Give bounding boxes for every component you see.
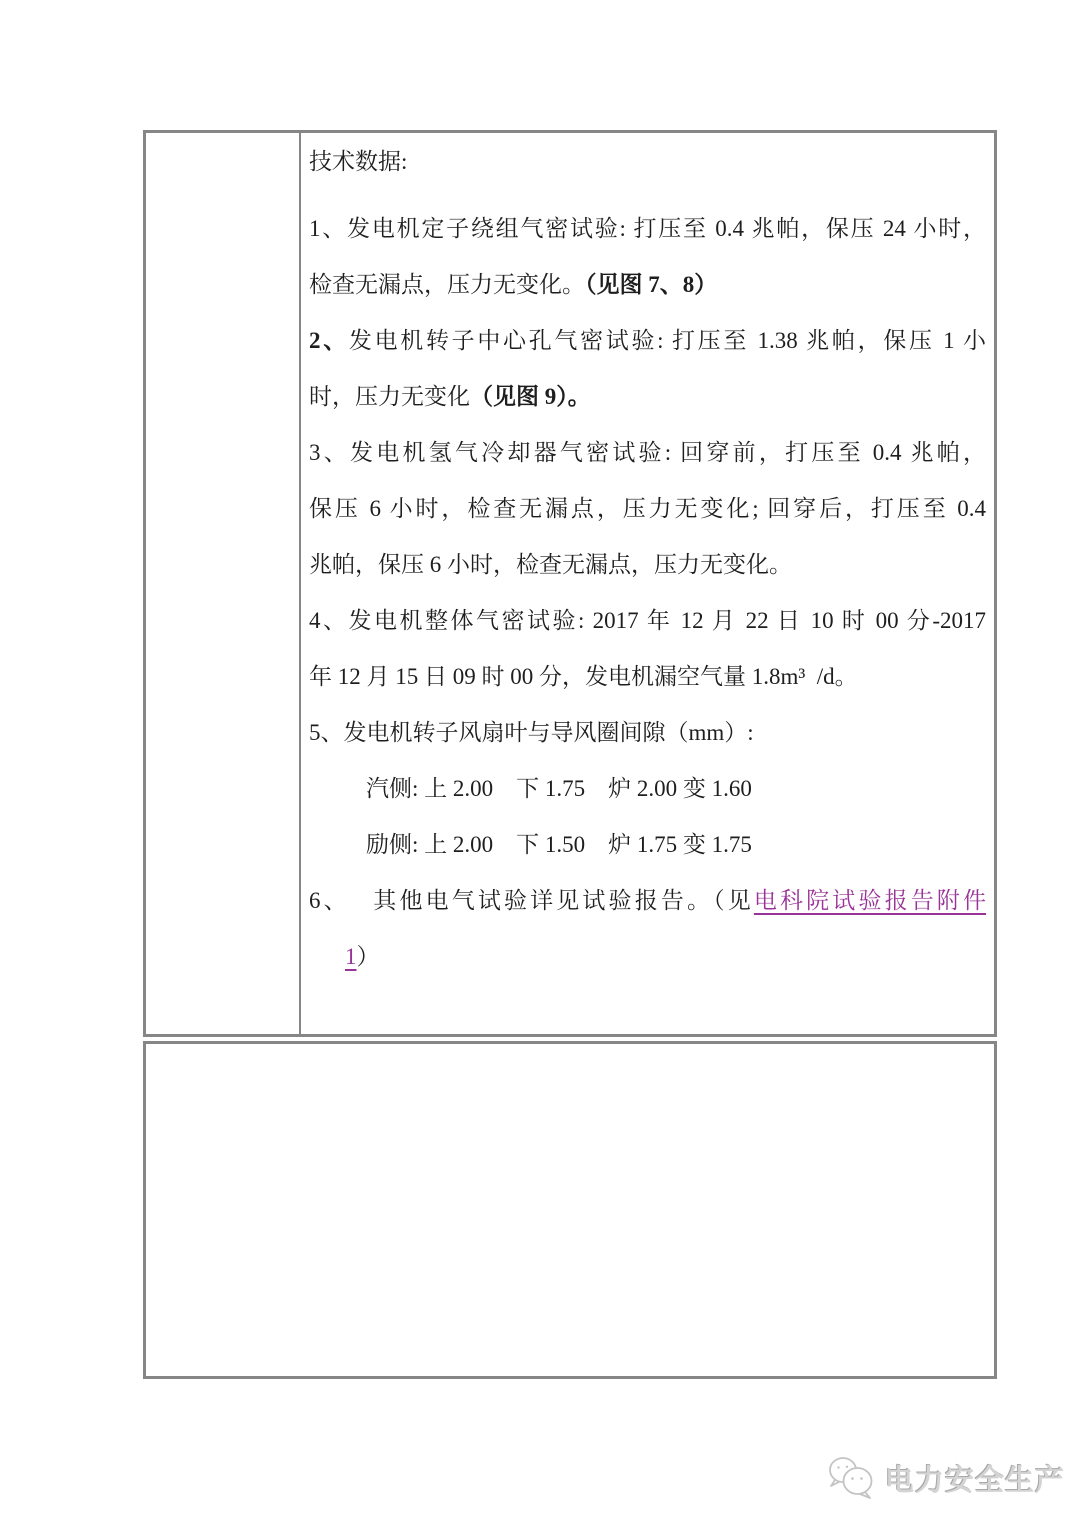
text-segment: ） [357, 944, 380, 969]
text-line: 3、发电机氢气冷却器气密试验: 回穿前，打压至 0.4 兆帕， [309, 425, 986, 481]
text-segment: 1、发电机定子绕组气密试验: 打压至 0.4 兆帕，保压 24 小时， [309, 216, 986, 241]
list-number: 2、 [309, 328, 349, 353]
text-segment: 4、发电机整体气密试验: 2017 年 12 月 22 日 10 时 00 分-… [309, 608, 986, 633]
text-line: 4、发电机整体气密试验: 2017 年 12 月 22 日 10 时 00 分-… [309, 593, 986, 649]
text-segment: 5、发电机转子风扇叶与导风圈间隙（mm）: [309, 720, 754, 745]
watermark-label: 电力安全生产 [885, 1458, 1065, 1499]
text-segment: 发电机转子中心孔气密试验: 打压至 1.38 兆帕，保压 1 小 [349, 328, 986, 353]
text-segment: 保压 6 小时，检查无漏点，压力无变化; 回穿后，打压至 0.4 [309, 496, 986, 521]
text-segment: 技术数据: [309, 149, 407, 174]
text-line: 2、发电机转子中心孔气密试验: 打压至 1.38 兆帕，保压 1 小 [309, 313, 986, 369]
text-line: 时，压力无变化（见图 9）。 [309, 369, 986, 425]
text-line-exciter-side: 励侧: 上 2.00 下 1.50 炉 1.75 变 1.75 [309, 817, 986, 873]
text-line: 检查无漏点，压力无变化。（见图 7、8） [309, 257, 986, 313]
text-segment: 6、 其他电气试验详见试验报告。（见 [309, 888, 754, 913]
text-segment: 励侧: 上 2.00 下 1.50 炉 1.75 变 1.75 [366, 832, 752, 857]
text-line: 1） [309, 929, 986, 985]
table-cell-label [146, 133, 301, 1034]
text-segment: 年 12 月 15 日 09 时 00 分，发电机漏空气量 1.8m³ /d。 [309, 664, 858, 689]
watermark: 电力安全生产 [826, 1450, 1065, 1506]
figure-reference: （见图 9）。 [470, 384, 591, 409]
text-line: 5、发电机转子风扇叶与导风圈间隙（mm）: [309, 705, 986, 761]
chat-bubbles-icon [826, 1453, 878, 1503]
text-segment: 检查无漏点，压力无变化。 [309, 272, 585, 297]
text-segment: 时，压力无变化 [309, 384, 470, 409]
text-segment: 汽侧: 上 2.00 下 1.75 炉 2.00 变 1.60 [366, 776, 752, 801]
text-line: 6、 其他电气试验详见试验报告。（见电科院试验报告附件 [309, 873, 986, 929]
text-line: 兆帕，保压 6 小时，检查无漏点，压力无变化。 [309, 537, 986, 593]
text-segment: 兆帕，保压 6 小时，检查无漏点，压力无变化。 [309, 552, 792, 577]
report-attachment-link-number[interactable]: 1 [345, 944, 357, 969]
table-row-1: 技术数据: 1、发电机定子绕组气密试验: 打压至 0.4 兆帕，保压 24 小时… [143, 130, 997, 1037]
table-cell-content: 技术数据: 1、发电机定子绕组气密试验: 打压至 0.4 兆帕，保压 24 小时… [301, 133, 994, 1034]
text-segment: 3、发电机氢气冷却器气密试验: 回穿前，打压至 0.4 兆帕， [309, 440, 986, 465]
table-row-2 [143, 1041, 997, 1379]
figure-reference: （见图 7、8） [585, 272, 717, 297]
text-line: 保压 6 小时，检查无漏点，压力无变化; 回穿后，打压至 0.4 [309, 481, 986, 537]
text-line-turbine-side: 汽侧: 上 2.00 下 1.75 炉 2.00 变 1.60 [309, 761, 986, 817]
report-attachment-link[interactable]: 电科院试验报告附件 [754, 888, 986, 913]
text-line: 技术数据: [309, 134, 986, 190]
text-line: 年 12 月 15 日 09 时 00 分，发电机漏空气量 1.8m³ /d。 [309, 649, 986, 705]
text-line: 1、发电机定子绕组气密试验: 打压至 0.4 兆帕，保压 24 小时， [309, 201, 986, 257]
